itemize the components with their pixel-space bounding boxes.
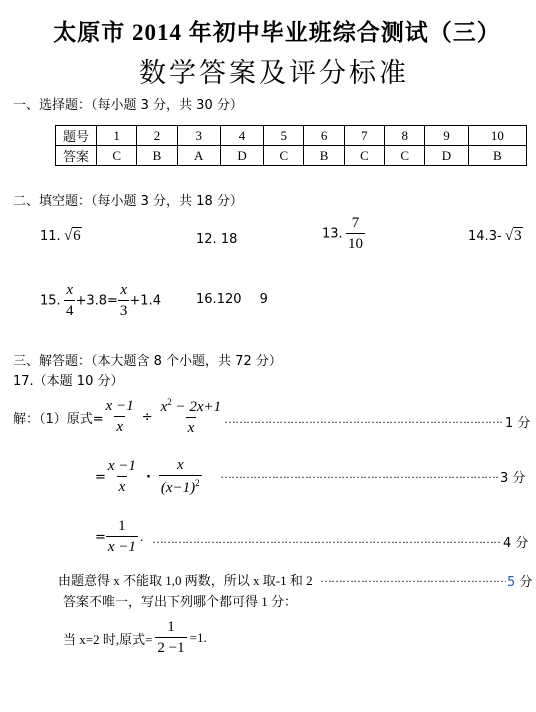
multiply-operator: · [146, 470, 151, 485]
table-cell: 3 [177, 126, 220, 146]
table-cell: A [177, 146, 220, 166]
table-row-answers: 答案 C B A D C B C C D B [56, 146, 527, 166]
section2-heading: 二、填空题：（每小题 3 分，共 18 分） [13, 190, 243, 209]
solution-step-1: 解：（1）原式= x −1 x ÷ x2 − 2x+1 x [13, 398, 223, 436]
note-text: 答案不唯一，写出下列哪个都可得 1 分： [63, 591, 297, 610]
answer-16: 16.120 9 [196, 292, 268, 307]
table-cell: C [97, 146, 137, 166]
score-3: 3 分 [500, 467, 525, 486]
dotted-leader: ………………………………………………………………………………………… [224, 412, 504, 427]
table-cell: 9 [425, 126, 468, 146]
table-cell: 2 [137, 126, 177, 146]
divide-operator: ÷ [142, 410, 153, 425]
table-cell: 10 [468, 126, 526, 146]
fraction: x 4 [64, 283, 76, 319]
fraction: x −1 x [104, 399, 136, 435]
solution-step-5: 当 x=2 时,原式= 1 2 −1 =1. [63, 620, 207, 656]
dotted-leader: …………………………………………………………………………………………………………… [152, 532, 502, 547]
solution-step-2: = x −1 x · x (x−1)2 [95, 458, 202, 496]
dotted-leader: …………………………………………………… [320, 571, 506, 586]
score-5: 5 分 [507, 571, 532, 590]
section1-heading: 一、选择题：（每小题 3 分，共 30 分） [13, 94, 243, 113]
answer-15: 15. x 4 +3.8= x 3 +1.4 [40, 283, 161, 319]
fraction: 1 x −1 [106, 519, 138, 555]
table-cell: C [385, 146, 425, 166]
solution-step-4: 由题意得 x 不能取 1,0 两数，所以 x 取-1 和 2 [58, 570, 313, 589]
item-answer: 18 [221, 232, 238, 247]
table-cell: 7 [344, 126, 384, 146]
fraction: 7 10 [346, 216, 365, 252]
score-4: 4 分 [503, 532, 528, 551]
solution-step-3: = 1 x −1 . [95, 519, 143, 555]
row-header-answer: 答案 [56, 146, 97, 166]
document-title: 太原市 2014 年初中毕业班综合测试（三） [0, 14, 536, 47]
table-cell: 8 [385, 126, 425, 146]
table-cell: 1 [97, 126, 137, 146]
fraction: x −1 x [106, 459, 138, 495]
table-cell: D [425, 146, 468, 166]
section3-heading: 三、解答题：（本大题含 8 个小题，共 72 分） [13, 350, 282, 369]
question-17-heading: 17.（本题 10 分） [13, 370, 123, 389]
answer-12: 12. 18 [196, 232, 237, 247]
document-subtitle: 数学答案及评分标准 [0, 51, 536, 90]
table-cell: 5 [264, 126, 304, 146]
sqrt-expression: √6 [64, 228, 82, 245]
answer-table: 题号 1 2 3 4 5 6 7 8 9 10 答案 C B A D C B C… [55, 125, 527, 166]
table-cell: B [304, 146, 344, 166]
fraction: x (x−1)2 [159, 458, 202, 496]
table-row-numbers: 题号 1 2 3 4 5 6 7 8 9 10 [56, 126, 527, 146]
dotted-leader: ………………………………………………………………………………………… [220, 467, 500, 482]
answer-13: 13. 7 10 [322, 216, 365, 252]
table-cell: 6 [304, 126, 344, 146]
item-label: 16. [196, 292, 217, 307]
table-cell: B [468, 146, 526, 166]
answer-14: 14.3- √3 [468, 228, 523, 245]
item-label: 11. [40, 229, 61, 244]
item-label: 14. [468, 229, 489, 244]
table-cell: 4 [220, 126, 263, 146]
item-label: 12. [196, 232, 217, 247]
answer-11: 11. √6 [40, 228, 82, 245]
item-label: 13. [322, 227, 343, 242]
fraction: x 3 [118, 283, 130, 319]
table-cell: B [137, 146, 177, 166]
sqrt-expression: √3 [505, 228, 523, 245]
table-cell: C [344, 146, 384, 166]
table-cell: C [264, 146, 304, 166]
fraction: x2 − 2x+1 x [159, 398, 224, 436]
fraction: 1 2 −1 [155, 620, 186, 656]
table-cell: D [220, 146, 263, 166]
item-label: 15. [40, 294, 61, 309]
score-1: 1 分 [505, 412, 530, 431]
row-header-number: 题号 [56, 126, 97, 146]
